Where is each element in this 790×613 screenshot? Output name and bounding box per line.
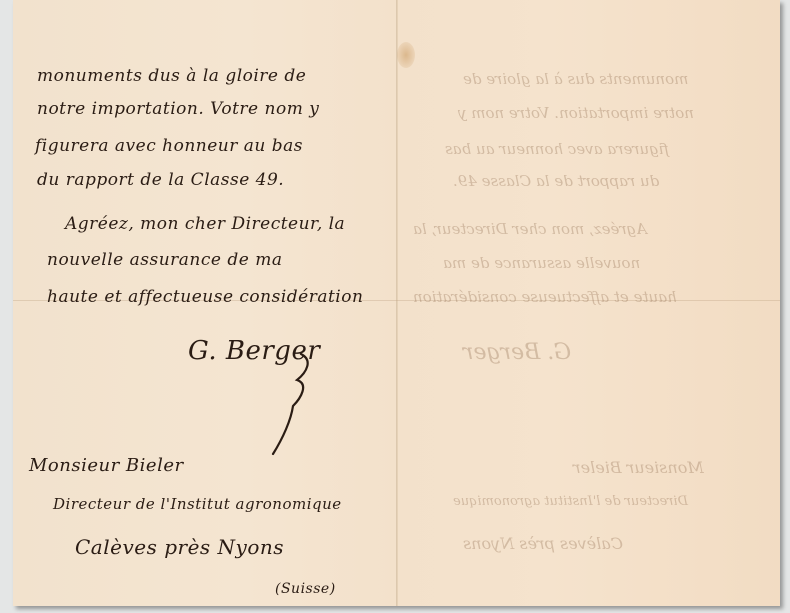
body-line-1: monuments dus à la gloire de [37, 66, 306, 86]
ghost-line-1: monuments dus à la gloire de [463, 70, 688, 88]
body-line-7: haute et affectueuse considération [47, 287, 363, 307]
address-recipient: Monsieur Bieler [29, 455, 184, 476]
body-line-5: Agréez, mon cher Directeur, la [65, 214, 345, 234]
ghost-line-2: notre importation. Votre nom y [458, 104, 694, 122]
ghost-line-4: du rapport de la Classe 49. [453, 172, 659, 190]
ghost-line-5: Agréez, mon cher Directeur, la [413, 220, 647, 238]
ghost-signature: G. Berger [463, 340, 571, 365]
address-title: Directeur de l'Institut agronomique [53, 495, 342, 513]
ghost-address-1: Monsieur Bieler [573, 458, 704, 477]
address-place: Calèves près Nyons [75, 535, 284, 559]
letter-sheet: monuments dus à la gloire de notre impor… [13, 0, 780, 606]
ghost-line-3: figurera avec honneur au bas [445, 140, 669, 158]
body-line-4: du rapport de la Classe 49. [37, 170, 284, 190]
ghost-line-7: haute et affectueuse considération [413, 288, 677, 306]
paper-stain [397, 42, 415, 68]
center-fold-crease [396, 0, 398, 606]
ghost-line-6: nouvelle assurance de ma [443, 254, 640, 272]
body-line-3: figurera avec honneur au bas [35, 136, 303, 156]
address-country: (Suisse) [275, 581, 336, 597]
body-line-6: nouvelle assurance de ma [47, 250, 282, 270]
ghost-address-3: Calèves près Nyons [463, 534, 623, 553]
signature-flourish-icon [261, 350, 321, 460]
ghost-address-2: Directeur de l'Institut agronomique [453, 494, 688, 509]
body-line-2: notre importation. Votre nom y [37, 99, 319, 119]
